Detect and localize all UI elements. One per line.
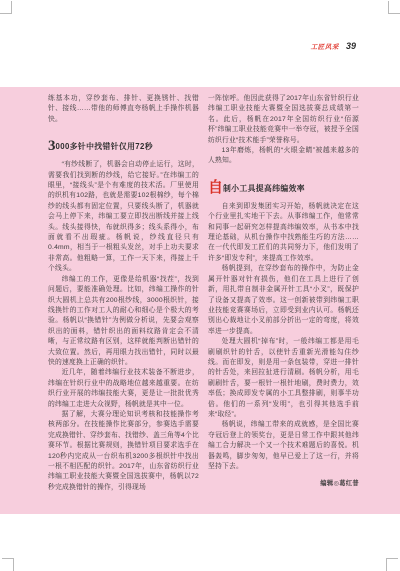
article-panel: 练基本功，穿纱套布、排针、更换锈针、找错针、接线……带他的师傅直夸杨帆上手操作机… (0, 87, 400, 514)
crop-mark-bottom-left (2, 558, 14, 571)
article-paragraph: 杨帆说，纬编工带来的成就感，是全国比赛夺冠后登上的领奖台，更是日常工作中跟其他纬… (208, 420, 359, 472)
subheading-drop-char: 自 (208, 180, 223, 196)
article-paragraph: 处理大圆机“掉布”时，一般纬编工都是用毛刷刷织针的针舌，以使针舌重新光滑能勾住纱… (208, 337, 359, 420)
article-paragraph: 据了解，大赛分理论知识考核和技能操作考核两部分。在技能操作比赛部分，参赛选手需要… (48, 410, 199, 493)
subheading-drop-char: 3 (48, 138, 56, 154)
subheading-find-wrong-needle: 3000多针中找错针仅用72秒 (48, 137, 199, 154)
article-paragraph: 一阵惊呼。他因此获得了2017年山东省针织行业纬编工职业技能大赛暨全国选拔赛总成… (208, 94, 359, 146)
article-columns: 练基本功，穿纱套布、排针、更换锈针、找错针、接线……带他的师傅直夸杨帆上手操作机… (48, 94, 359, 493)
crop-mark-top-left (0, 1, 12, 14)
article-paragraph: 杨帆提到，在穿纱套布的操作中，为防止金属开针器对针有损伤，他们在工具上进行了创新… (208, 264, 359, 337)
subheading-homemade-tools: 自制小工具提高纬编效率 (208, 179, 359, 196)
page-number: 39 (346, 41, 356, 51)
crop-mark-top-right (388, 1, 400, 14)
article-paragraph: “有纱线断了，机器会自动停止运行，这时，需要我们找到断的纱线，给它接好。”在纬编… (48, 160, 199, 274)
article-paragraph: 近几年，随着纬编行业技术装备不断进步，纬编在针织行业中的战略地位越来越重要。在纺… (48, 368, 199, 410)
magazine-page: { "header": { "section_label": "工匠风采", "… (0, 0, 400, 571)
subheading-text: 000多针中找错针仅用72秒 (56, 142, 153, 151)
article-paragraph: 纬编工的工作，更像是给机器“找茬”，找到问题后，要能准确处理。比如，纬编工操作的… (48, 275, 199, 369)
editor-credit: 编辑◎葛红普 (208, 478, 359, 487)
subheading-text: 制小工具提高纬编效率 (223, 184, 305, 193)
running-head: 工匠风采 39 (311, 41, 356, 51)
crop-mark-bottom-right (386, 558, 398, 571)
intro-continuation-paragraph: 练基本功，穿纱套布、排针、更换锈针、找错针、接线……带他的师傅直夸杨帆上手操作机… (48, 94, 199, 125)
right-column: 一阵惊呼。他因此获得了2017年山东省针织行业纬编工职业技能大赛暨全国选拔赛总成… (208, 94, 359, 493)
section-label: 工匠风采 (311, 42, 339, 51)
article-paragraph: 13年磨炼，杨帆的“火眼金睛”被越来越多的人熟知。 (208, 146, 359, 167)
left-column: 练基本功，穿纱套布、排针、更换锈针、找错针、接线……带他的师傅直夸杨帆上手操作机… (48, 94, 199, 493)
article-paragraph: 自来到即发集团实习开始，杨帆就决定在这个行业里扎实地干下去。从事纬编工作，他常常… (208, 202, 359, 264)
